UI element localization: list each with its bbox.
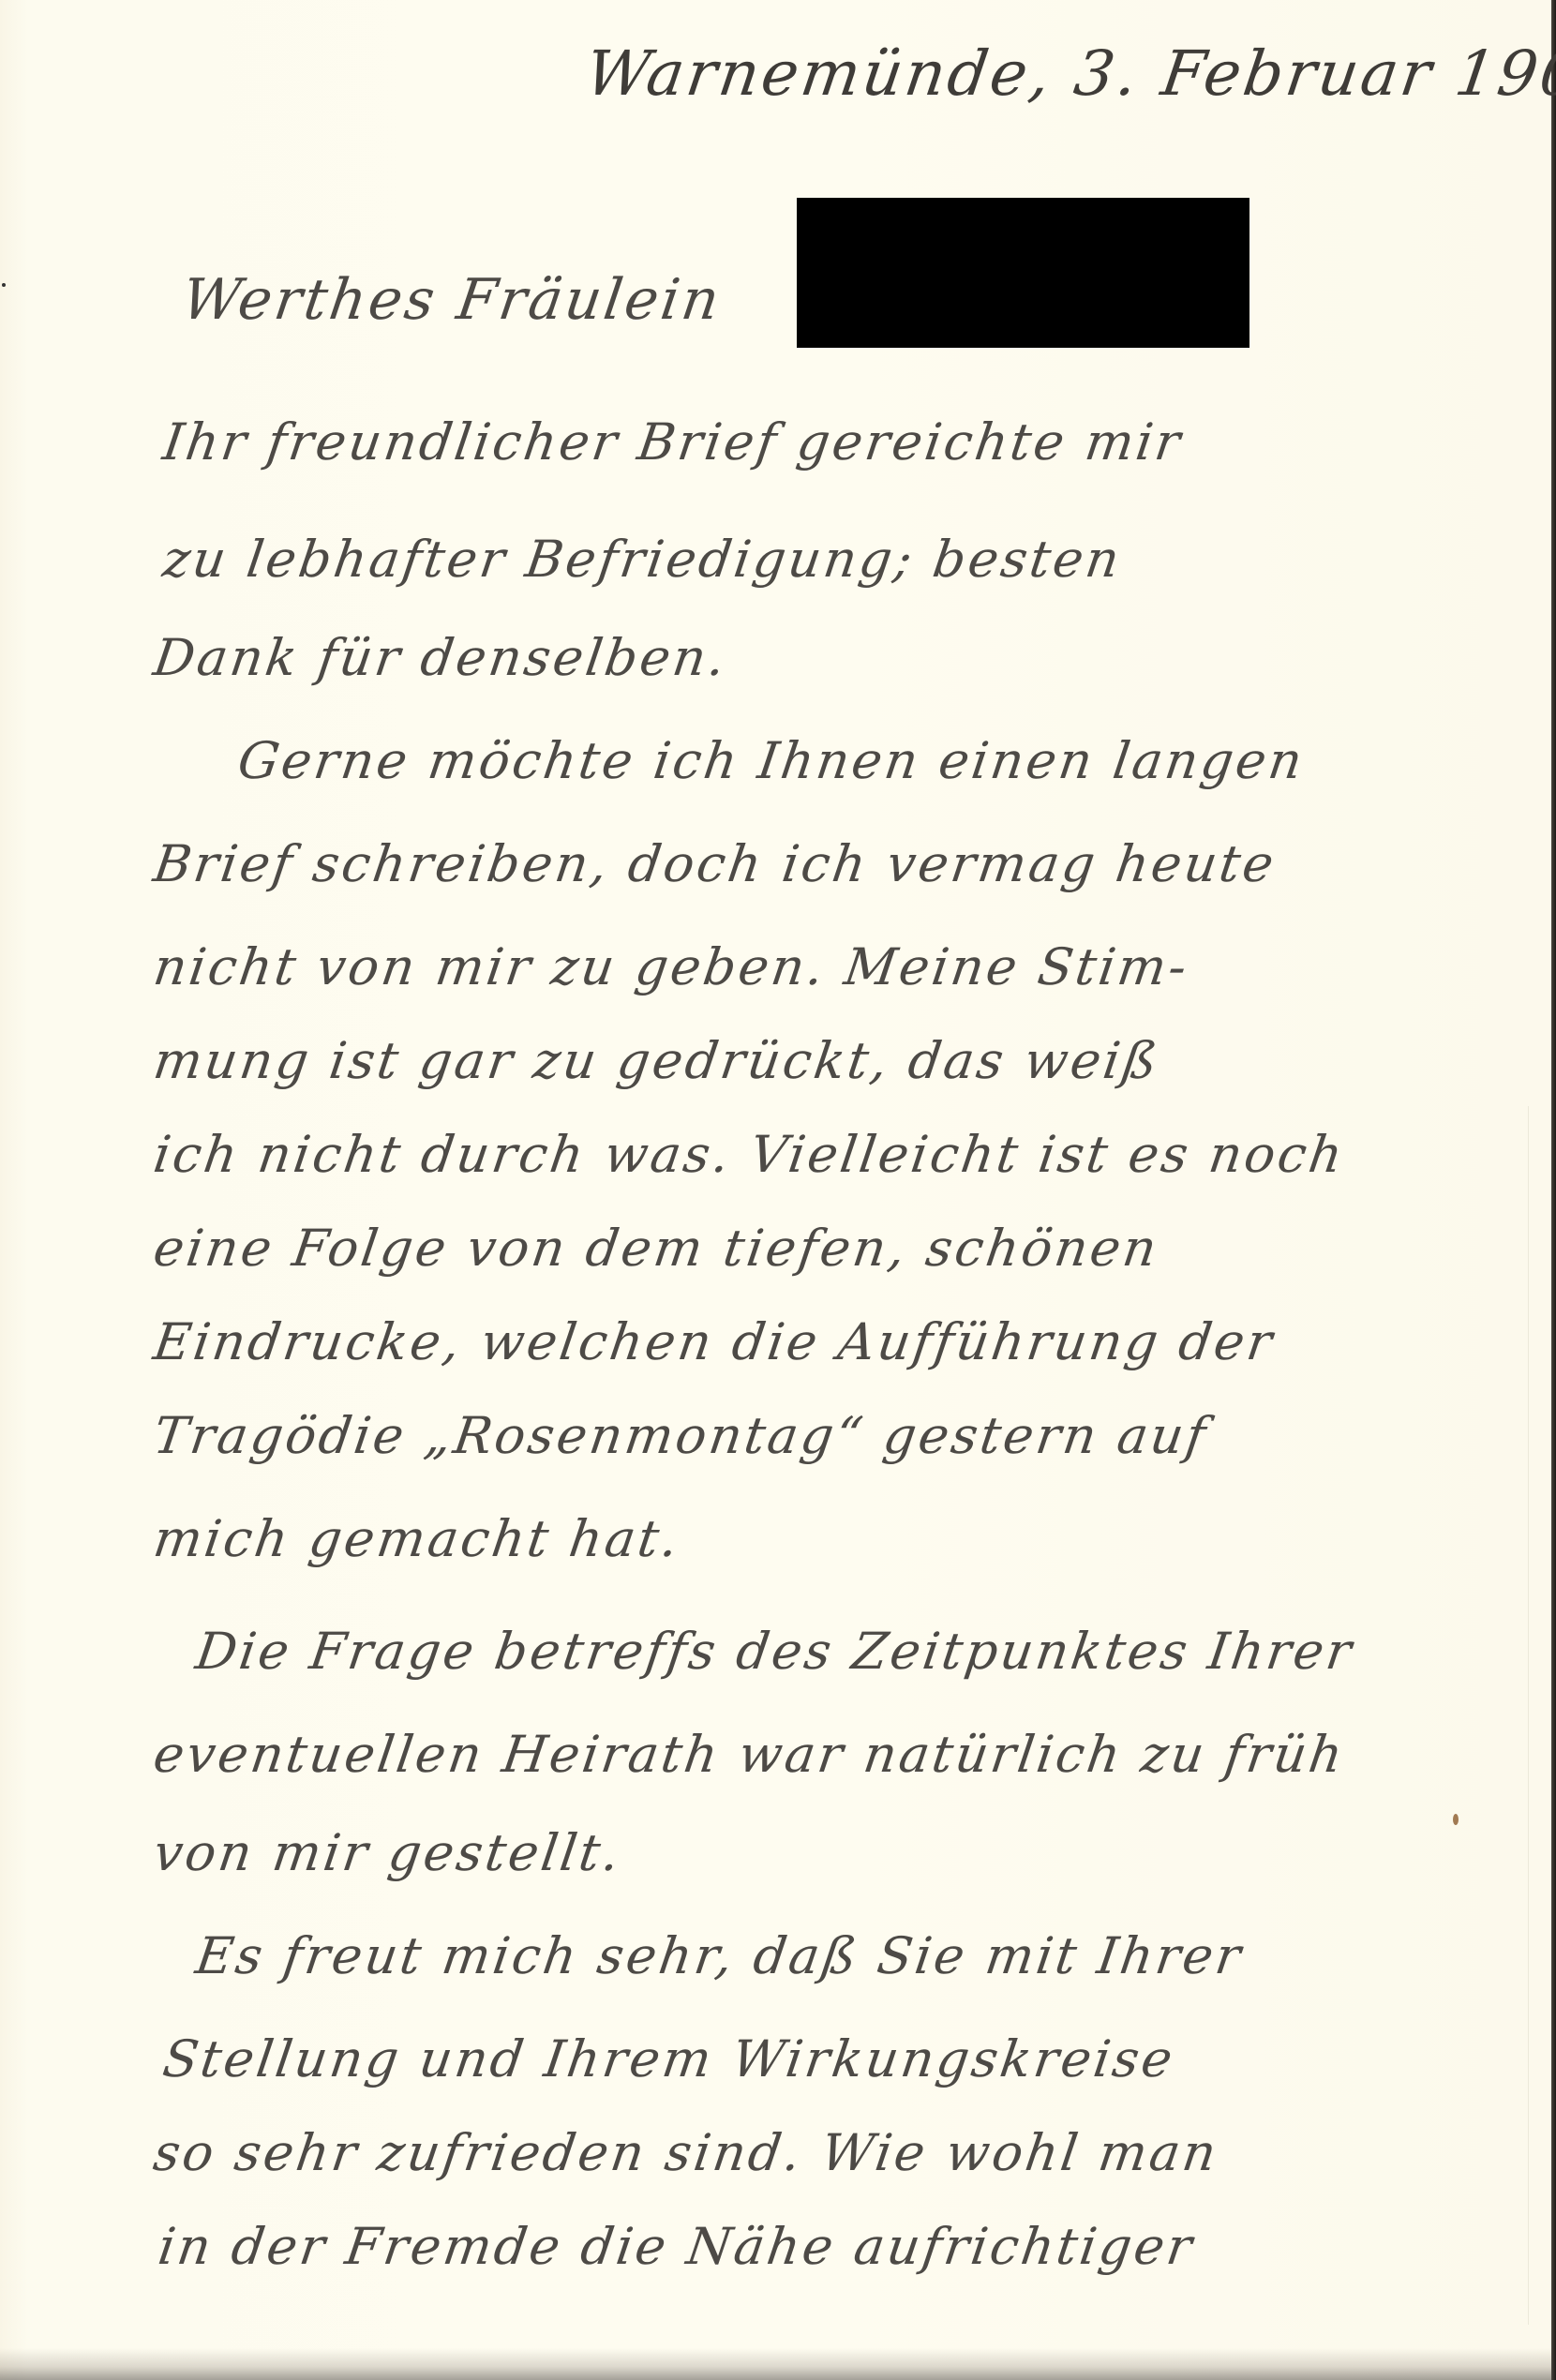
letter-line: eine Folge von dem tiefen, schönen xyxy=(150,1219,1163,1278)
letter-line: Stellung und Ihrem Wirkungskreise xyxy=(159,2029,1179,2088)
scan-edge xyxy=(1551,0,1556,2380)
letter-line: Gerne möchte ich Ihnen einen langen xyxy=(234,731,1309,790)
letter-line: zu lebhafter Befriedigung; besten xyxy=(159,530,1126,589)
letter-line: Dank für denselben. xyxy=(150,628,731,687)
letter-line: Ihr freundlicher Brief gereichte mir xyxy=(159,412,1187,472)
letter-line: mich gemacht hat. xyxy=(150,1509,684,1568)
letter-line: ich nicht durch was. Vielleicht ist es n… xyxy=(150,1125,1349,1184)
letter-line: so sehr zufrieden sind. Wie wohl man xyxy=(150,2123,1222,2182)
letter-line: Eindrucke, welchen die Aufführung der xyxy=(150,1312,1279,1371)
letter-line: eventuellen Heirath war natürlich zu frü… xyxy=(150,1725,1349,1784)
letter-line: mung ist gar zu gedrückt, das weiß xyxy=(150,1031,1163,1090)
letter-line: Es freut mich sehr, daß Sie mit Ihrer xyxy=(192,1926,1247,1985)
scan-speck xyxy=(2,283,6,287)
redaction-box xyxy=(797,198,1249,348)
letter-line: von mir gestellt. xyxy=(150,1823,626,1882)
place-date: Warnemünde, 3. Februar 1902. xyxy=(581,37,1556,110)
salutation: Werthes Fräulein xyxy=(178,267,726,333)
letter-line: nicht von mir zu geben. Meine Stim- xyxy=(150,937,1193,996)
paper-stain xyxy=(1453,1814,1459,1825)
letter-page xyxy=(0,0,1552,2380)
letter-line: in der Fremde die Nähe aufrichtiger xyxy=(155,2217,1198,2276)
letter-line: Die Frage betreffs des Zeitpunktes Ihrer xyxy=(192,1622,1357,1681)
letter-line: Brief schreiben, doch ich vermag heute xyxy=(150,834,1279,893)
paper-fold-line xyxy=(1528,1106,1529,2325)
letter-line: Tragödie „Rosenmontag“ gestern auf xyxy=(150,1406,1212,1465)
